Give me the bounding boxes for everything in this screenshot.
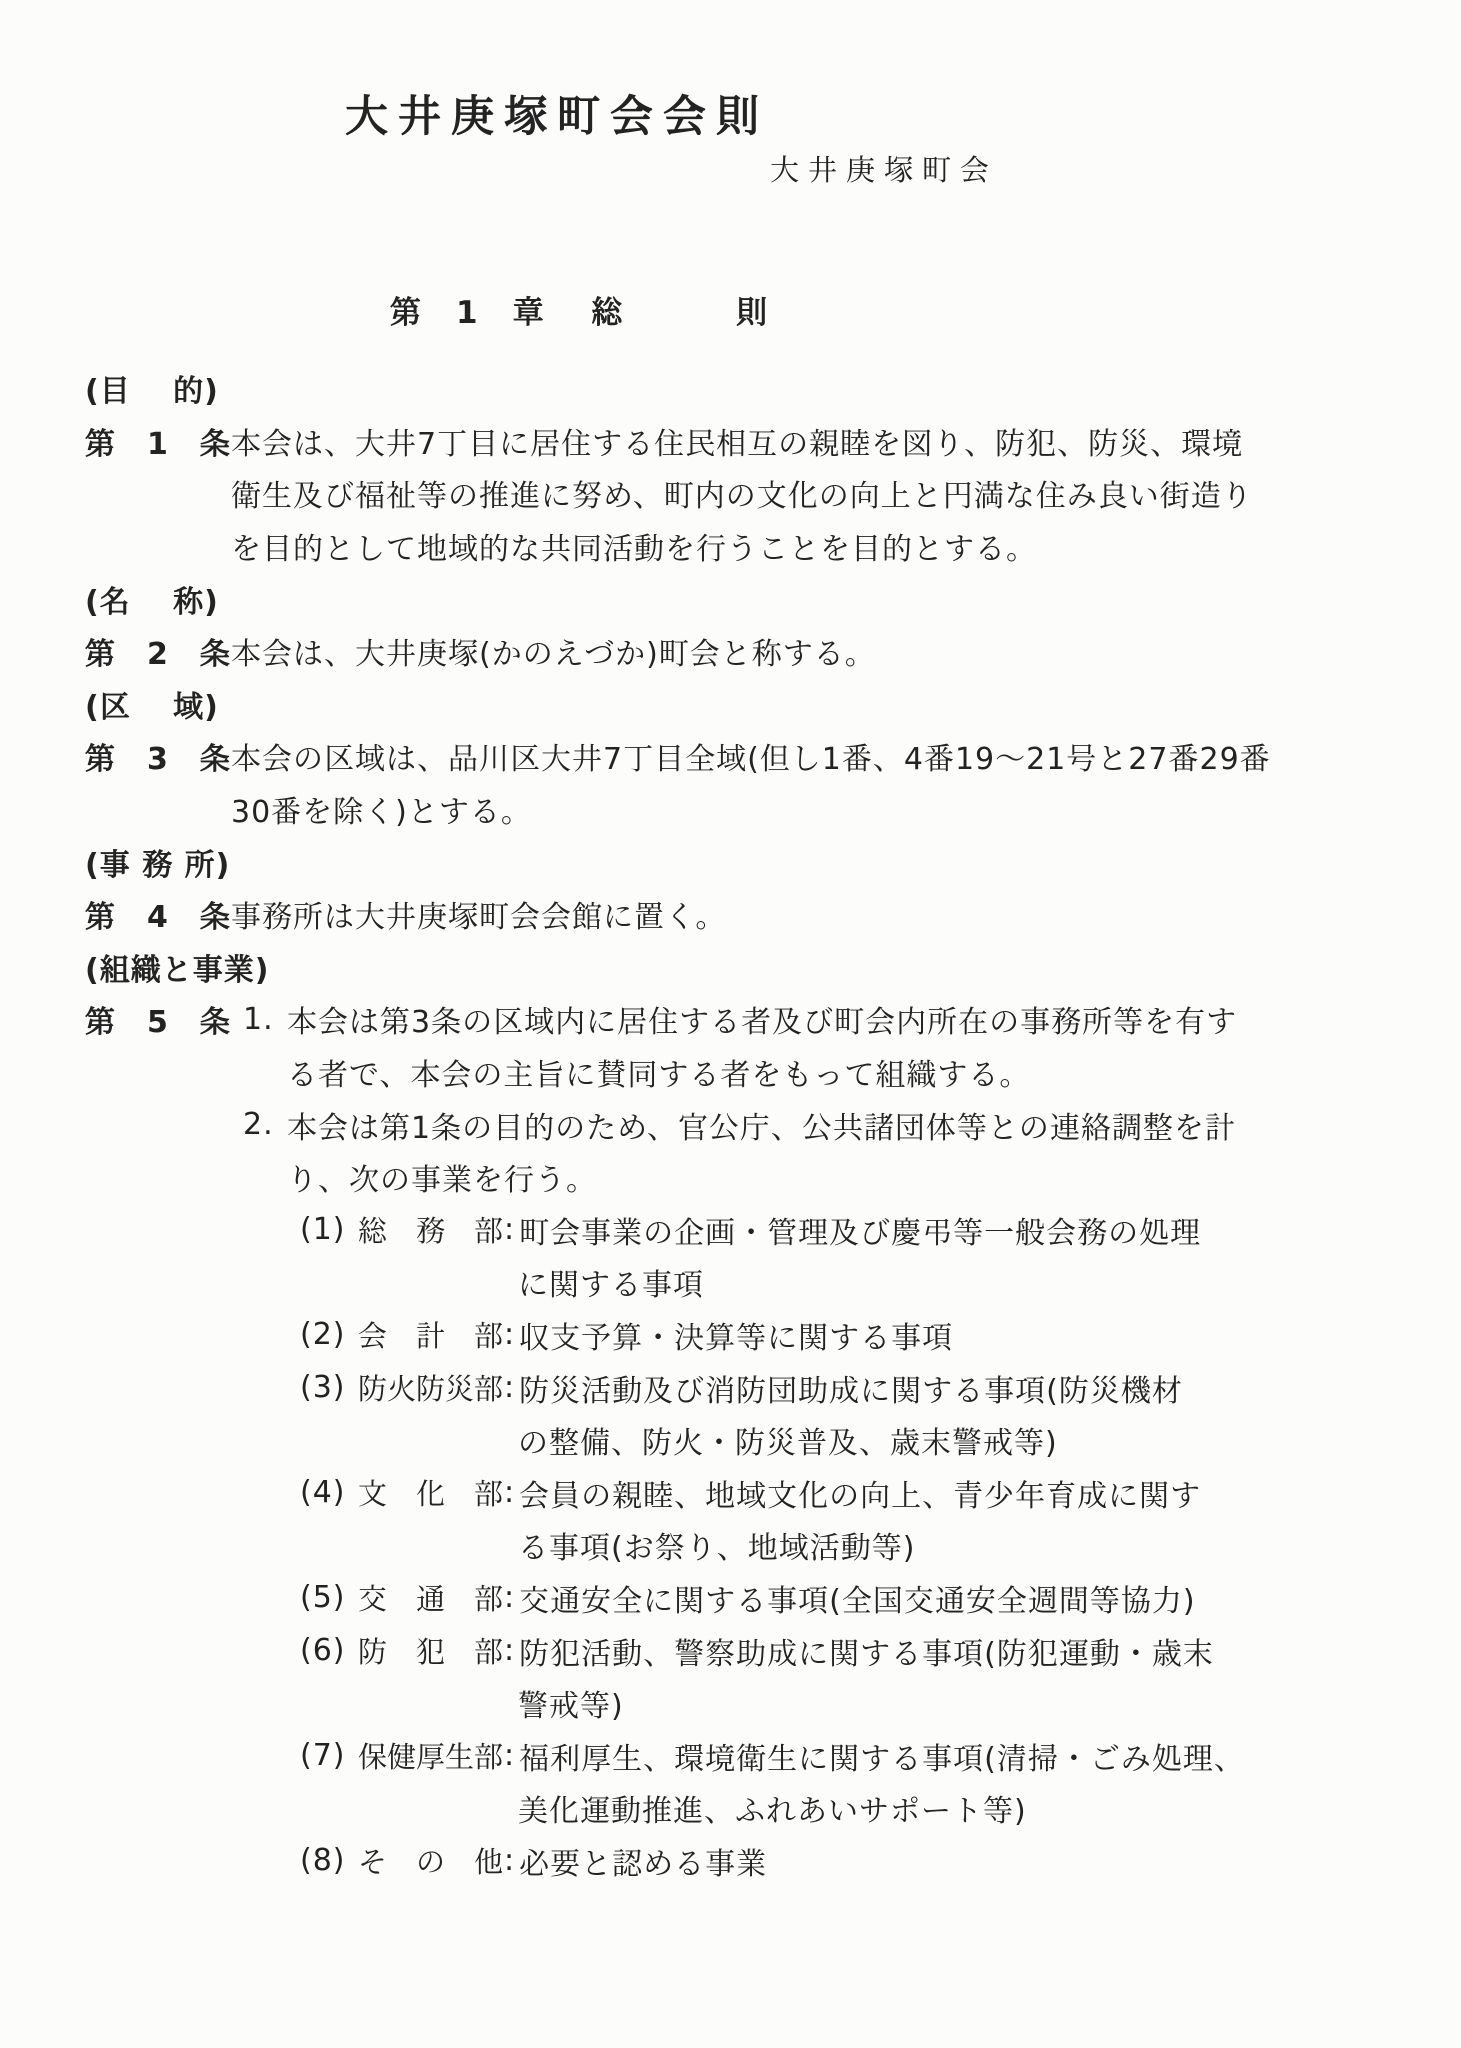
department-row-6: (6) 防 犯 部 : 防犯活動、警察助成に関する事項(防犯運動・歳末	[0, 1624, 1461, 1677]
article-1-row: 第 1 条 本会は、大井7丁目に居住する住民相互の親睦を図り、防犯、防災、環境	[0, 415, 1461, 468]
department-7-name: 保健厚生部	[358, 1735, 504, 1776]
department-7-number: (7)	[300, 1738, 358, 1773]
department-3-desc-line-1: 防災活動及び消防団助成に関する事項(防災機材	[519, 1366, 1183, 1410]
article-5-item-1-line-1: 本会は第3条の区域内に居住する者及び町会内所在の事務所等を有す	[287, 997, 1237, 1041]
department-row-1: (1) 総 務 部 : 町会事業の企画・管理及び慶弔等一般会務の処理	[0, 1204, 1461, 1257]
document-title: 大井庚塚町会会則	[345, 86, 1461, 148]
article-5-row: 第 5 条 1. 本会は第3条の区域内に居住する者及び町会内所在の事務所等を有す	[0, 993, 1461, 1046]
department-row-5: (5) 交 通 部 : 交通安全に関する事項(全国交通安全週間等協力)	[0, 1572, 1461, 1625]
department-2-desc-line-1: 収支予算・決算等に関する事項	[519, 1313, 953, 1357]
department-2-number: (2)	[300, 1317, 358, 1352]
section-header-office: (事 務 所)	[0, 835, 1461, 888]
section-header-name: (名 称)	[0, 572, 1461, 625]
article-2-text-line-1: 本会は、大井庚塚(かのえづか)町会と称する。	[231, 629, 876, 673]
department-8-colon: :	[504, 1843, 515, 1878]
department-7-desc-line-1: 福利厚生、環境衛生に関する事項(清掃・ごみ処理、	[519, 1734, 1245, 1778]
article-2-label: 第 2 条	[85, 629, 231, 673]
department-5-number: (5)	[300, 1580, 358, 1615]
department-5-name: 交 通 部	[358, 1577, 504, 1618]
department-6-number: (6)	[300, 1633, 358, 1668]
article-5-item-2-marker: 2.	[243, 1107, 287, 1142]
article-1-text-line-3: を目的として地域的な共同活動を行うことを目的とする。	[0, 520, 1461, 573]
department-row-4: (4) 文 化 部 : 会員の親睦、地域文化の向上、青少年育成に関す	[0, 1466, 1461, 1519]
department-4-colon: :	[504, 1475, 515, 1510]
department-2-name: 会 計 部	[358, 1314, 504, 1355]
section-header-organization: (組織と事業)	[0, 941, 1461, 994]
department-4-number: (4)	[300, 1475, 358, 1510]
department-1-name: 総 務 部	[358, 1209, 504, 1250]
article-5-label: 第 5 条	[85, 997, 231, 1041]
department-4-desc-line-1: 会員の親睦、地域文化の向上、青少年育成に関す	[519, 1471, 1201, 1515]
department-2-colon: :	[504, 1317, 515, 1352]
article-2-row: 第 2 条 本会は、大井庚塚(かのえづか)町会と称する。	[0, 625, 1461, 678]
department-5-colon: :	[504, 1580, 515, 1615]
department-5-desc-line-1: 交通安全に関する事項(全国交通安全週間等協力)	[519, 1576, 1195, 1620]
department-8-number: (8)	[300, 1843, 358, 1878]
department-3-colon: :	[504, 1370, 515, 1405]
department-1-desc-line-1: 町会事業の企画・管理及び慶弔等一般会務の処理	[519, 1208, 1201, 1252]
article-1-text-line-2: 衛生及び福祉等の推進に努め、町内の文化の向上と円満な住み良い街造り	[0, 467, 1461, 520]
department-1-number: (1)	[300, 1212, 358, 1247]
department-6-colon: :	[504, 1633, 515, 1668]
article-5-item-2-line-1: 本会は第1条の目的のため、官公庁、公共諸団体等との連絡調整を計	[287, 1103, 1236, 1147]
article-4-row: 第 4 条 事務所は大井庚塚町会会館に置く。	[0, 888, 1461, 941]
document-byline: 大井庚塚町会	[770, 148, 1461, 192]
chapter-heading: 第 1 章 総 則	[390, 287, 1461, 339]
department-1-desc-line-2: に関する事項	[0, 1256, 1461, 1309]
department-7-desc-line-2: 美化運動推進、ふれあいサポート等)	[0, 1782, 1461, 1835]
department-1-colon: :	[504, 1212, 515, 1247]
department-7-colon: :	[504, 1738, 515, 1773]
department-6-desc-line-2: 警戒等)	[0, 1677, 1461, 1730]
department-3-number: (3)	[300, 1370, 358, 1405]
article-4-label: 第 4 条	[85, 892, 231, 936]
article-3-label: 第 3 条	[85, 734, 231, 778]
document-body: (目 的) 第 1 条 本会は、大井7丁目に居住する住民相互の親睦を図り、防犯、…	[0, 362, 1461, 1887]
department-3-name: 防火防災部	[358, 1367, 504, 1408]
department-3-desc-line-2: の整備、防火・防災普及、歳末警戒等)	[0, 1414, 1461, 1467]
department-row-3: (3) 防火防災部 : 防災活動及び消防団助成に関する事項(防災機材	[0, 1361, 1461, 1414]
article-5-item-2-line-2: り、次の事業を行う。	[0, 1151, 1461, 1204]
article-5-item-1-marker: 1.	[243, 1002, 287, 1037]
article-1-text-line-1: 本会は、大井7丁目に居住する住民相互の親睦を図り、防犯、防災、環境	[231, 419, 1243, 463]
article-4-text-line-1: 事務所は大井庚塚町会会館に置く。	[231, 892, 726, 936]
department-6-name: 防 犯 部	[358, 1630, 504, 1671]
department-row-2: (2) 会 計 部 : 収支予算・決算等に関する事項	[0, 1309, 1461, 1362]
department-row-8: (8) そ の 他 : 必要と認める事業	[0, 1835, 1461, 1888]
department-4-desc-line-2: る事項(お祭り、地域活動等)	[0, 1519, 1461, 1572]
article-5-item-1-line-2: る者で、本会の主旨に賛同する者をもって組織する。	[0, 1046, 1461, 1099]
scanned-document-page: 大井庚塚町会会則 大井庚塚町会 第 1 章 総 則 (目 的) 第 1 条 本会…	[0, 0, 1461, 2048]
article-3-row: 第 3 条 本会の区域は、品川区大井7丁目全域(但し1番、4番19～21号と27…	[0, 730, 1461, 783]
article-5-item-2-row: 2. 本会は第1条の目的のため、官公庁、公共諸団体等との連絡調整を計	[0, 1098, 1461, 1151]
department-6-desc-line-1: 防犯活動、警察助成に関する事項(防犯運動・歳末	[519, 1629, 1214, 1673]
department-8-name: そ の 他	[358, 1840, 504, 1881]
section-header-area: (区 域)	[0, 678, 1461, 731]
article-3-text-line-1: 本会の区域は、品川区大井7丁目全域(但し1番、4番19～21号と27番29番	[231, 734, 1271, 778]
department-4-name: 文 化 部	[358, 1472, 504, 1513]
department-row-7: (7) 保健厚生部 : 福利厚生、環境衛生に関する事項(清掃・ごみ処理、	[0, 1729, 1461, 1782]
article-1-label: 第 1 条	[85, 419, 231, 463]
department-8-desc-line-1: 必要と認める事業	[519, 1839, 767, 1883]
article-3-text-line-2: 30番を除く)とする。	[0, 783, 1461, 836]
section-header-purpose: (目 的)	[0, 362, 1461, 415]
